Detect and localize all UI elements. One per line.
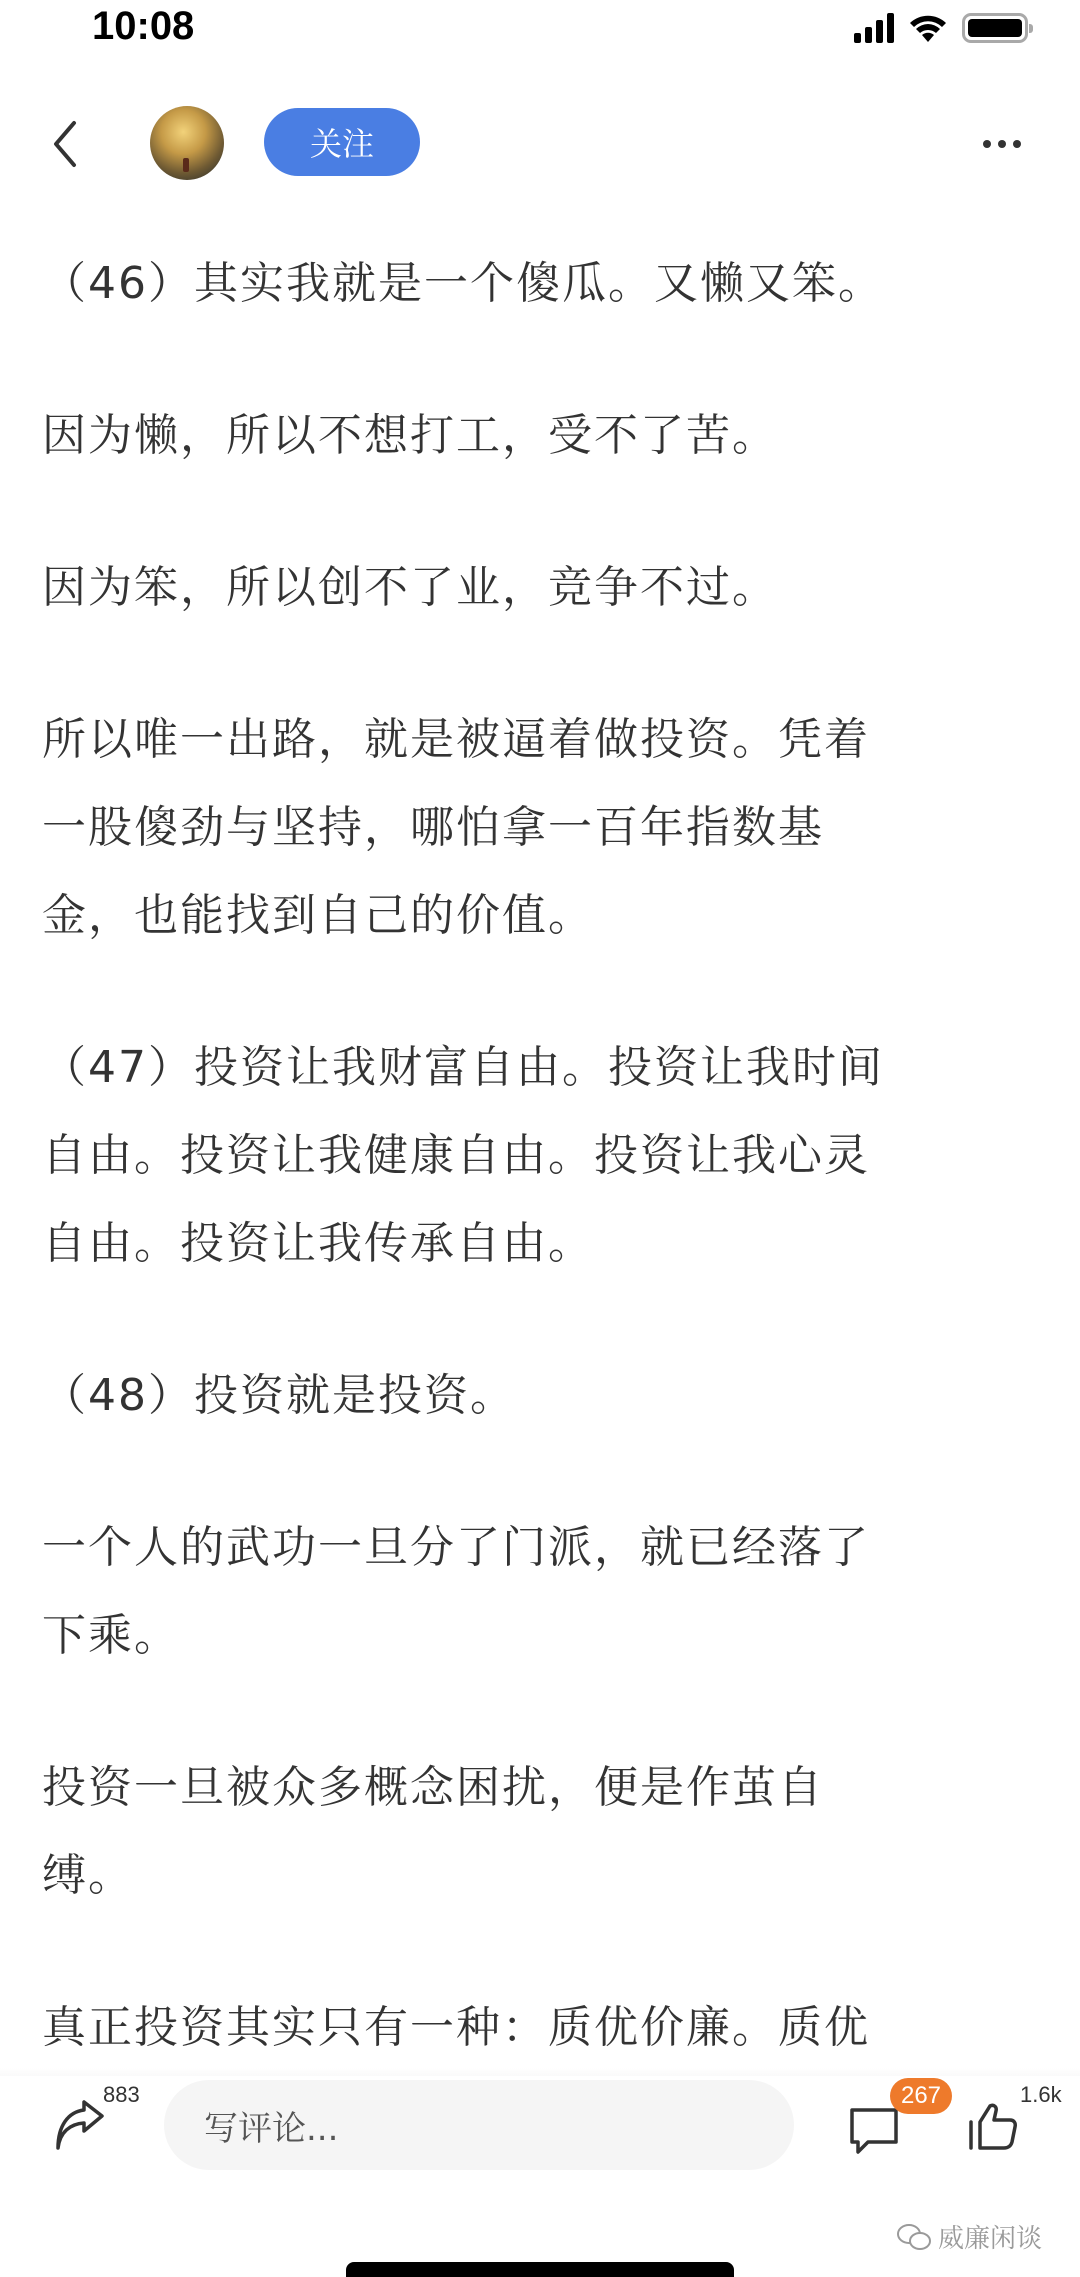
share-count: 883 <box>103 2082 140 2108</box>
text-line: 因为懒，所以不想打工，受不了苦。 <box>42 392 1038 480</box>
text-line: 因为笨，所以创不了业，竞争不过。 <box>42 544 1038 632</box>
more-options-button[interactable] <box>972 122 1032 166</box>
comments-button[interactable] <box>846 2102 902 2158</box>
text-line: 真正投资其实只有一种：质优价廉。质优 <box>42 1984 1038 2072</box>
text-line: 所以唯一出路，就是被逼着做投资。凭着 <box>42 696 1038 784</box>
home-indicator[interactable] <box>346 2262 734 2277</box>
text-line: 一股傻劲与坚持，哪怕拿一百年指数基 <box>42 784 1038 872</box>
author-avatar[interactable] <box>150 106 224 180</box>
paragraph: 投资一旦被众多概念困扰，便是作茧自 缚。 <box>42 1744 1038 1920</box>
article-body: （46）其实我就是一个傻瓜。又懒又笨。 因为懒，所以不想打工，受不了苦。 因为笨… <box>42 240 1038 2136</box>
like-button[interactable] <box>966 2098 1022 2154</box>
share-button[interactable] <box>52 2098 108 2154</box>
wifi-icon <box>908 12 948 44</box>
text-line: 自由。投资让我传承自由。 <box>42 1200 1038 1288</box>
wechat-icon <box>896 2222 932 2252</box>
status-time: 10:08 <box>92 4 194 49</box>
text-line: 自由。投资让我健康自由。投资让我心灵 <box>42 1112 1038 1200</box>
paragraph-46: （46）其实我就是一个傻瓜。又懒又笨。 <box>42 240 1038 328</box>
chevron-left-icon <box>50 119 80 169</box>
cellular-signal-icon <box>854 13 894 43</box>
comment-count-badge: 267 <box>890 2078 952 2114</box>
watermark: 威廉闲谈 <box>896 2218 1042 2255</box>
text-line: 金，也能找到自己的价值。 <box>42 872 1038 960</box>
comment-input[interactable]: 写评论... <box>164 2080 794 2170</box>
text-line: （46）其实我就是一个傻瓜。又懒又笨。 <box>42 240 1038 328</box>
watermark-text: 威廉闲谈 <box>938 2218 1042 2255</box>
text-line: （47）投资让我财富自由。投资让我时间 <box>42 1024 1038 1112</box>
text-line: 一个人的武功一旦分了门派，就已经落了 <box>42 1504 1038 1592</box>
thumbs-up-icon <box>966 2098 1022 2154</box>
follow-button[interactable]: 关注 <box>264 108 420 176</box>
more-horizontal-icon <box>983 140 991 148</box>
battery-icon <box>962 13 1028 43</box>
share-icon <box>52 2098 108 2154</box>
paragraph: 真正投资其实只有一种：质优价廉。质优 <box>42 1984 1038 2072</box>
like-count: 1.6k <box>1020 2082 1062 2108</box>
status-icons <box>854 12 1028 44</box>
text-line: （48）投资就是投资。 <box>42 1352 1038 1440</box>
status-bar: 10:08 <box>0 0 1080 60</box>
paragraph-47: （47）投资让我财富自由。投资让我时间 自由。投资让我健康自由。投资让我心灵 自… <box>42 1024 1038 1288</box>
paragraph: 所以唯一出路，就是被逼着做投资。凭着 一股傻劲与坚持，哪怕拿一百年指数基 金，也… <box>42 696 1038 960</box>
paragraph: 因为懒，所以不想打工，受不了苦。 <box>42 392 1038 480</box>
article-header: 关注 <box>0 100 1080 188</box>
back-button[interactable] <box>40 114 90 174</box>
text-line: 下乘。 <box>42 1592 1038 1680</box>
paragraph-48: （48）投资就是投资。 <box>42 1352 1038 1440</box>
bottom-action-bar: 883 写评论... 267 1.6k <box>0 2076 1080 2166</box>
paragraph: 一个人的武功一旦分了门派，就已经落了 下乘。 <box>42 1504 1038 1680</box>
text-line: 投资一旦被众多概念困扰，便是作茧自 <box>42 1744 1038 1832</box>
paragraph: 因为笨，所以创不了业，竞争不过。 <box>42 544 1038 632</box>
comment-bubble-icon <box>846 2102 902 2158</box>
text-line: 缚。 <box>42 1832 1038 1920</box>
